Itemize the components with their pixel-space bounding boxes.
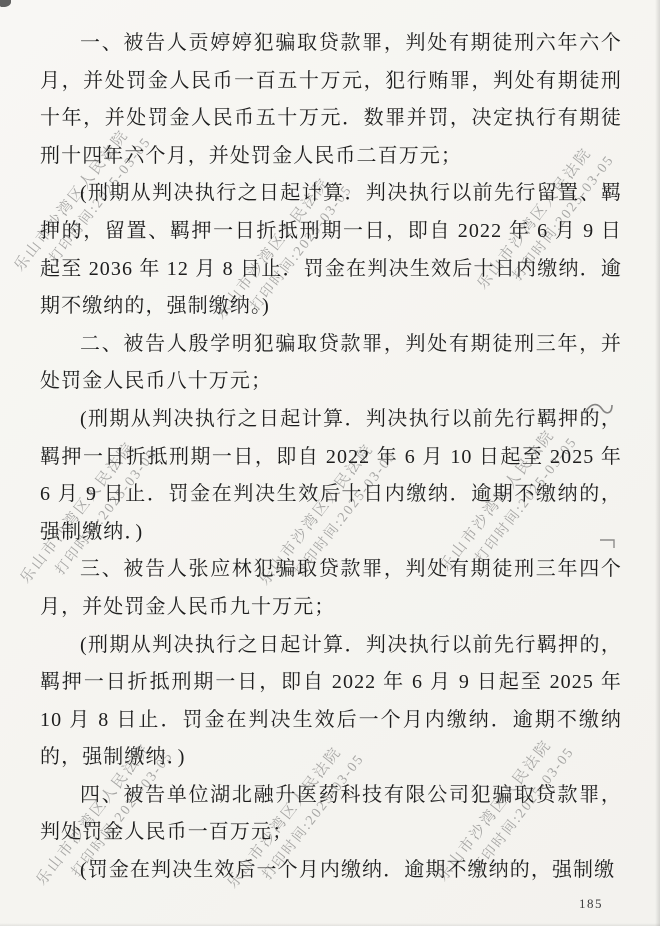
judgment-paragraph: 三、被告人张应林犯骗取贷款罪，判处有期徒刑三年四个月，并处罚金人民币九十万元； xyxy=(40,551,622,626)
judgment-paragraph: 二、被告人殷学明犯骗取贷款罪，判处有期徒刑三年，并处罚金人民币八十万元； xyxy=(40,326,622,401)
stray-ink-mark xyxy=(583,398,615,420)
scan-smudge xyxy=(0,0,11,7)
judgment-text-body: 一、被告人贡婷婷犯骗取贷款罪，判处有期徒刑六年六个月，并处罚金人民币一百五十万元… xyxy=(40,25,622,890)
stray-ink-mark xyxy=(598,536,618,550)
judgment-paragraph: 一、被告人贡婷婷犯骗取贷款罪，判处有期徒刑六年六个月，并处罚金人民币一百五十万元… xyxy=(40,25,622,175)
scan-edge-shadow xyxy=(655,0,660,926)
page-number: 185 xyxy=(579,896,603,912)
scanned-judgment-page: 乐山市沙湾区人民法院 打印时间:2025-03-05 乐山市沙湾区人民法院 打印… xyxy=(0,0,660,926)
judgment-paragraph: (罚金在判决生效后一个月内缴纳．逾期不缴纳的，强制缴 xyxy=(40,852,622,890)
judgment-paragraph: 四、被告单位湖北融升医药科技有限公司犯骗取贷款罪，判处罚金人民币一百万元； xyxy=(40,777,622,852)
judgment-paragraph: (刑期从判决执行之日起计算．判决执行以前先行羁押的，羁押一日折抵刑期一日，即自 … xyxy=(40,627,622,777)
judgment-paragraph: (刑期从判决执行之日起计算．判决执行以前先行羁押的，羁押一日折抵刑期一日，即自 … xyxy=(40,401,622,551)
judgment-paragraph: (刑期从判决执行之日起计算．判决执行以前先行留置、羁押的，留置、羁押一日折抵刑期… xyxy=(40,175,622,325)
